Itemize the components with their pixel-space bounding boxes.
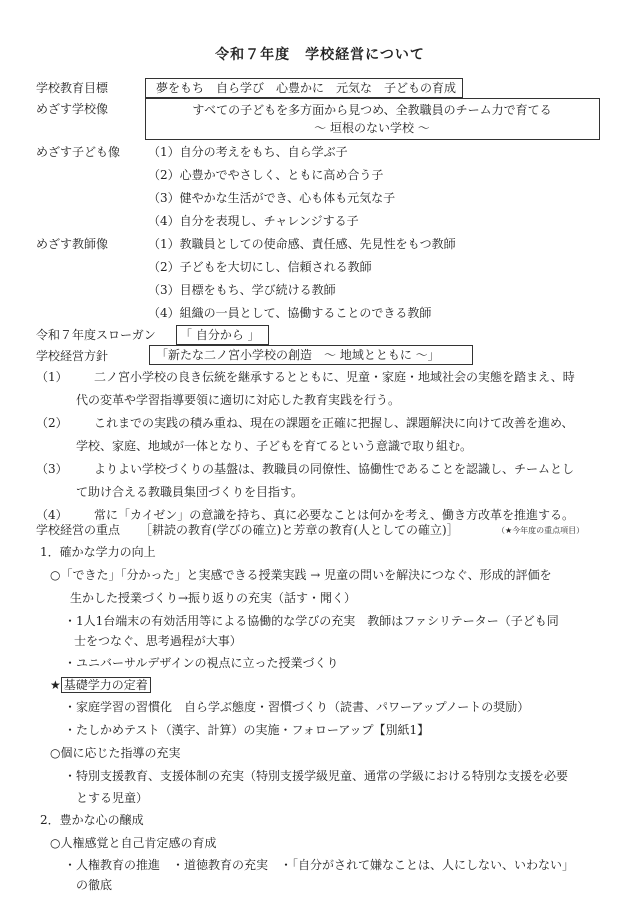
page-title: 令和７年度 学校経営について	[0, 46, 640, 64]
policy-text: 「新たな二ノ宮小学校の創造 ～ 地域とともに ～」	[156, 346, 440, 364]
slogan-text: 「 自分から 」	[180, 326, 260, 344]
section-1-subitem: ・ユニバーサルデザインの視点に立った授業づくり	[64, 654, 339, 672]
teacher-vision-item: （4）組織の一員として、協働することのできる教師	[148, 304, 431, 322]
school-goal-text: 夢をもち 自ら学び 心豊かに 元気な 子どもの育成	[156, 79, 456, 97]
policy-label: 学校経営方針	[36, 347, 108, 365]
section-1-subitem: ・たしかめテスト（漢字、計算）の実施・フォローアップ【別紙1】	[64, 721, 429, 739]
policy-item-text: 代の変革や学習指導要領に適切に対応した教育実践を行う。	[76, 391, 400, 409]
focus-star-text: 基礎学力の定着	[61, 677, 151, 693]
teacher-vision-item: （3）目標をもち、学び続ける教師	[148, 281, 336, 299]
star-icon: ★	[50, 678, 61, 692]
focus-label: 学校経営の重点	[36, 521, 120, 539]
policy-item-text: て助け合える教職員集団づくりを目指す。	[76, 483, 303, 501]
section-1-title: 1．確かな学力の向上	[40, 543, 156, 561]
child-vision-label: めざす子ども像	[36, 143, 120, 161]
policy-item-number: （3）	[36, 460, 68, 478]
section-1-bullet-cont: 生かした授業づくり→振り返りの充実（話す・聞く）	[70, 589, 356, 607]
policy-item-text: これまでの実践の積み重ね、現在の課題を正確に把握し、課題解決に向けて改善を進め、	[82, 414, 574, 432]
slogan-box: 「 自分から 」	[176, 325, 269, 345]
policy-item-text: 二ノ宮小学校の良き伝統を継承するとともに、児童・家庭・地域社会の実態を踏まえ、時	[82, 368, 575, 386]
section-1-subitem: ・1人1台端末の有効活用等による協働的な学びの充実 教師はファシリテーター（子ど…	[64, 612, 559, 630]
policy-item-number: （1）	[36, 368, 68, 386]
section-1-bullet: ○「できた」「分かった」と実感できる授業実践 → 児童の問いを解決につなぐ、形成…	[50, 566, 552, 584]
section-2-title: 2．豊かな心の醸成	[40, 811, 144, 829]
school-goal-label: 学校教育目標	[36, 79, 108, 97]
child-vision-item: （3）健やかな生活ができ、心も体も元気な子	[148, 189, 395, 207]
section-1-subitem: ・家庭学習の習慣化 自ら学ぶ態度・習慣づくり（読書、パワーアップノートの奨励）	[64, 698, 529, 716]
child-vision-item: （1）自分の考えをもち、自ら学ぶ子	[148, 143, 348, 161]
section-1-subitem-cont: とする児童）	[76, 789, 148, 807]
section-1-subitem-cont: 士をつなぐ、思考過程が大事）	[74, 632, 242, 650]
teacher-vision-item: （2）子どもを大切にし、信頼される教師	[148, 258, 372, 276]
policy-box: 「新たな二ノ宮小学校の創造 ～ 地域とともに ～」	[149, 345, 473, 365]
school-vision-line1: すべての子どもを多方面から見つめ、全教職員のチーム力で育てる	[146, 101, 598, 119]
child-vision-item: （2）心豊かでやさしく、ともに高め合う子	[148, 166, 383, 184]
child-vision-item: （4）自分を表現し、チャレンジする子	[148, 212, 359, 230]
teacher-vision-label: めざす教師像	[36, 235, 108, 253]
policy-item-number: （2）	[36, 414, 68, 432]
school-goal-box: 夢をもち 自ら学び 心豊かに 元気な 子どもの育成	[145, 78, 463, 98]
section-1-subitem: ・特別支援教育、支援体制の充実（特別支援学級児童、通常の学級における特別な支援を…	[64, 767, 568, 785]
focus-note: （★今年度の重点項目）	[497, 522, 584, 540]
section-2-bullet: ○人権感覚と自己肯定感の育成	[50, 834, 216, 852]
policy-item-text: よりよい学校づくりの基盤は、教職員の同僚性、協働性であることを認識し、チームとし	[82, 460, 574, 478]
section-2-subitem-cont: の徹底	[76, 876, 112, 894]
school-vision-box: すべての子どもを多方面から見つめ、全教職員のチーム力で育てる ～ 垣根のない学校…	[145, 98, 600, 140]
school-vision-line2: ～ 垣根のない学校 ～	[146, 119, 598, 137]
focus-text: ［耕読の教育(学びの確立)と芳章の教育(人としての確立)］	[140, 521, 459, 539]
focus-star-item: ★基礎学力の定着	[50, 676, 151, 694]
section-1-bullet: ○個に応じた指導の充実	[50, 744, 180, 762]
section-2-subitem: ・人権教育の推進 ・道徳教育の充実 ・「自分がされて嫌なことは、人にしない、いわ…	[64, 856, 574, 874]
teacher-vision-item: （1）教職員としての使命感、責任感、先見性をもつ教師	[148, 235, 456, 253]
school-vision-label: めざす学校像	[36, 100, 108, 118]
slogan-label: 令和７年度スローガン	[36, 326, 156, 344]
policy-item-text: 学校、家庭、地域が一体となり、子どもを育てるという意識で取り組む。	[76, 437, 472, 455]
